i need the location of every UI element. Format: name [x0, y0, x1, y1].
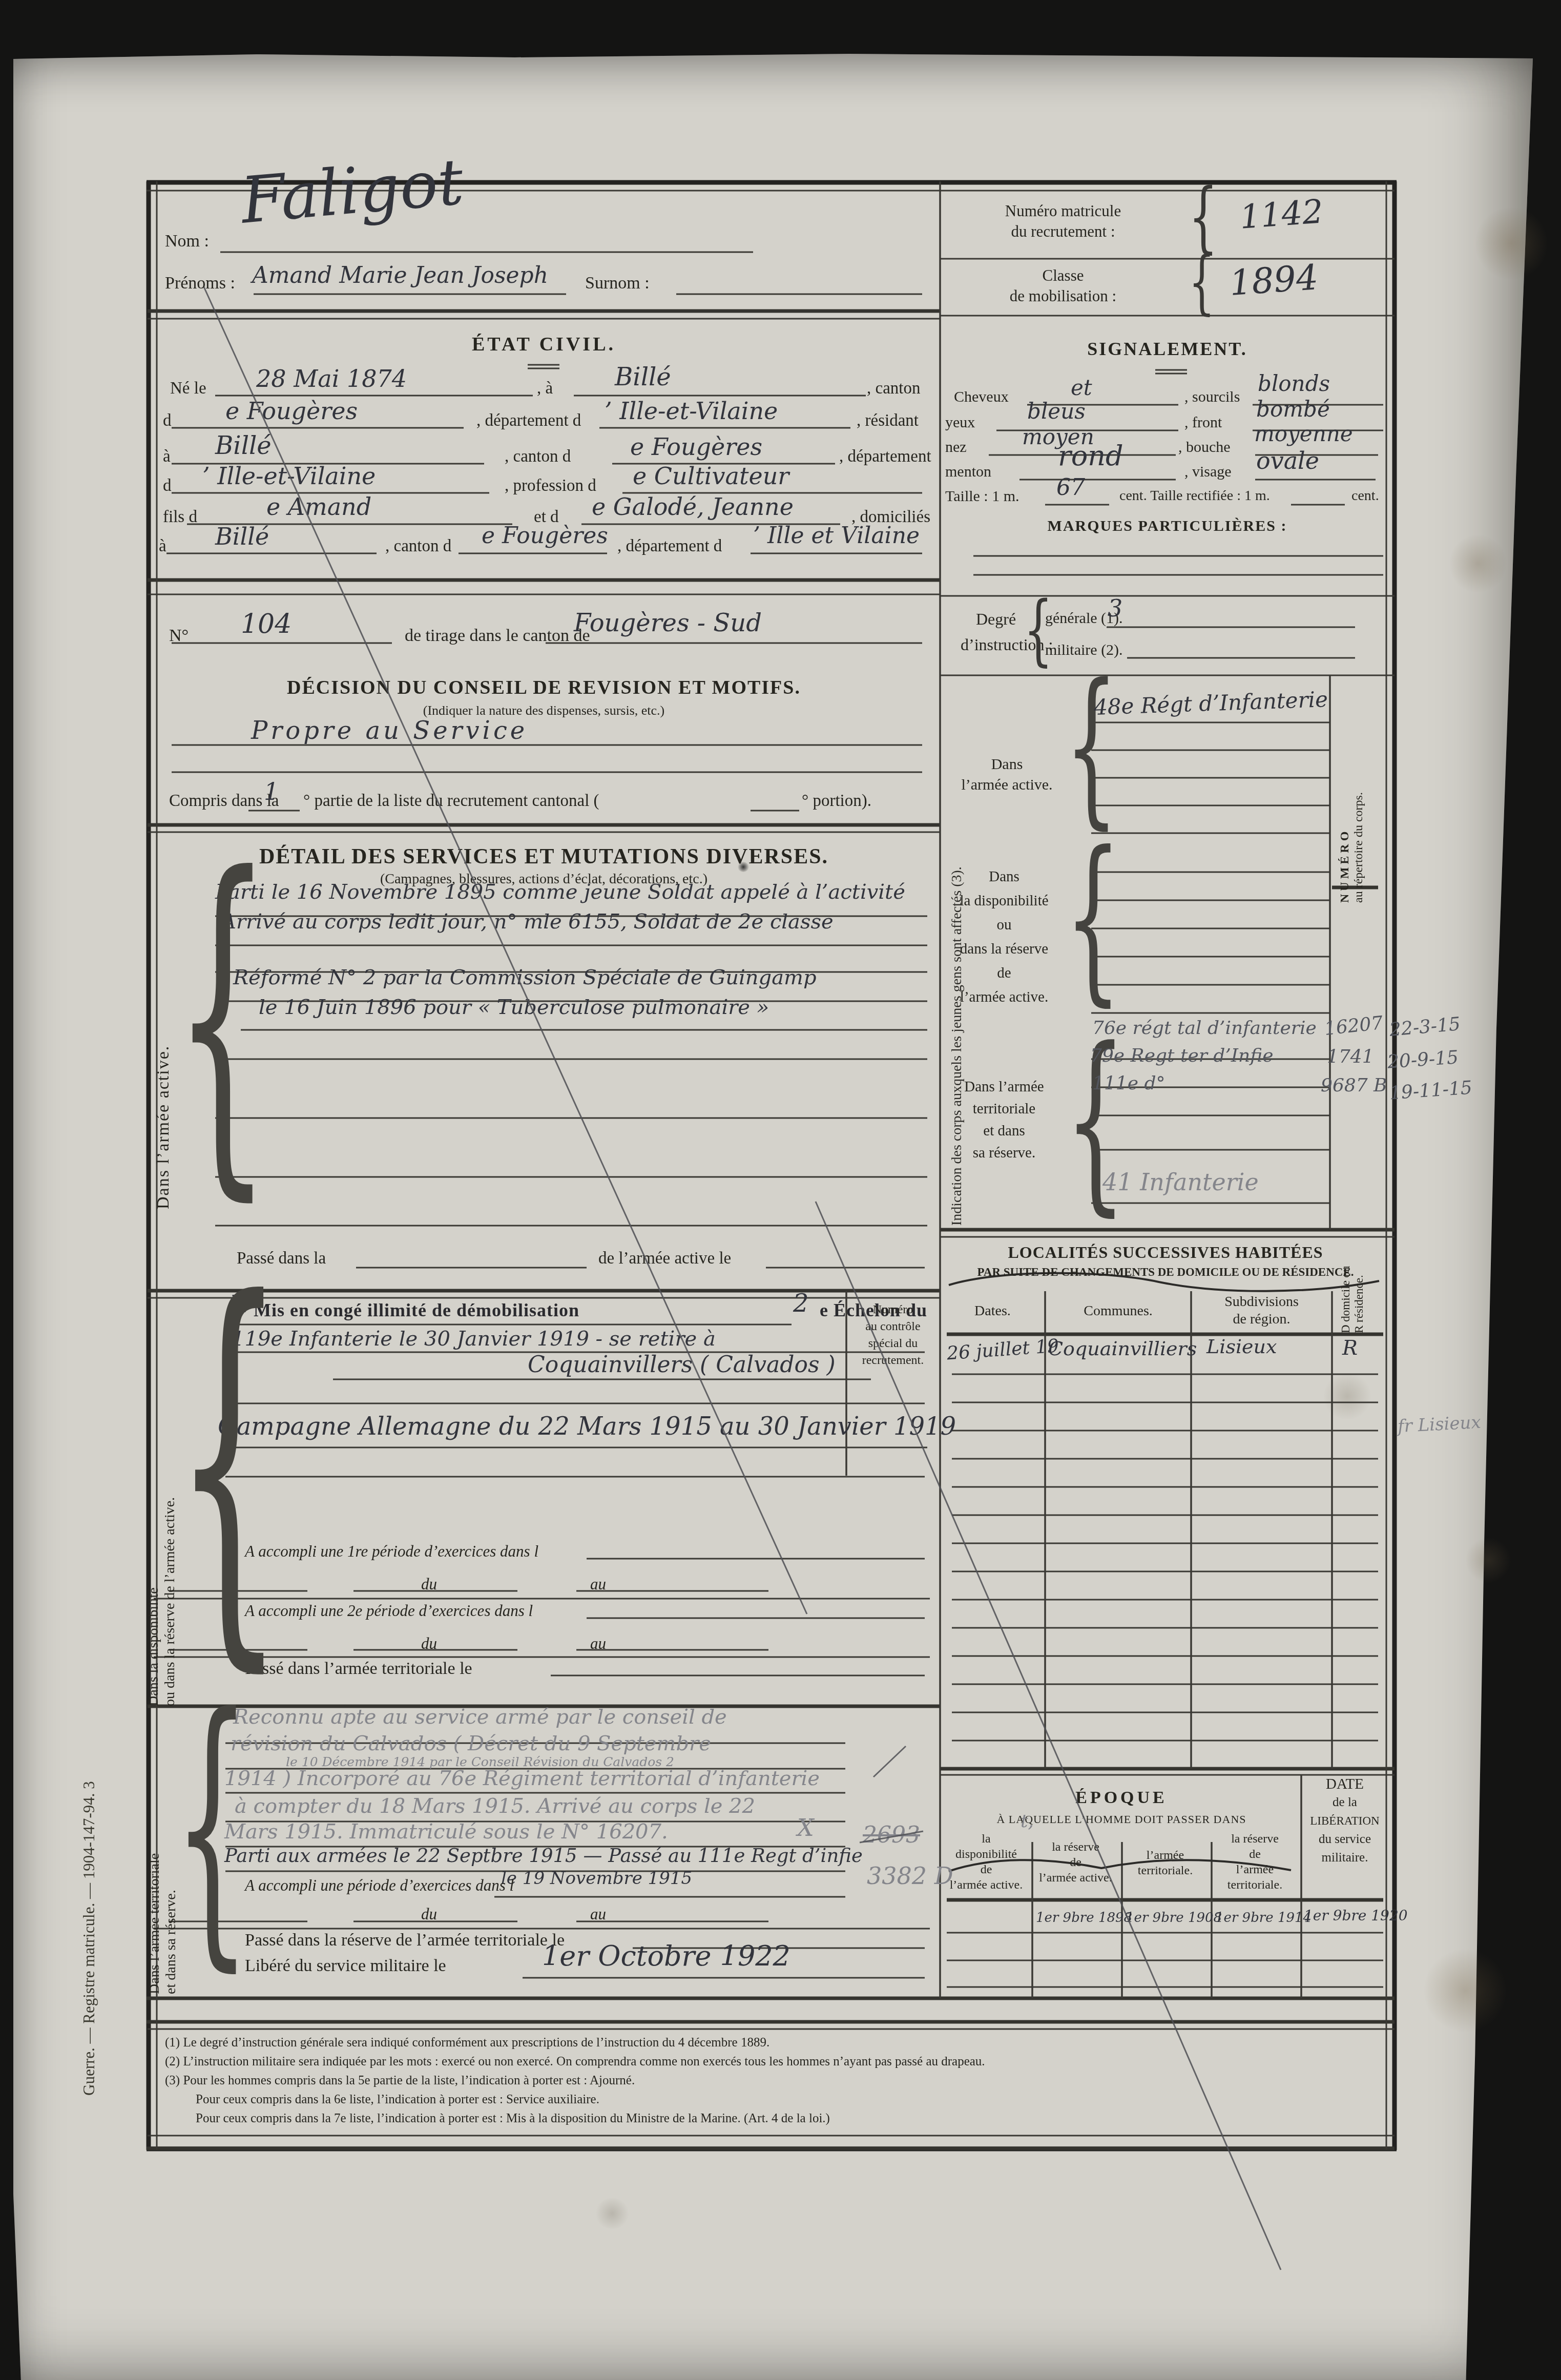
pen-strokes — [0, 0, 1561, 2380]
